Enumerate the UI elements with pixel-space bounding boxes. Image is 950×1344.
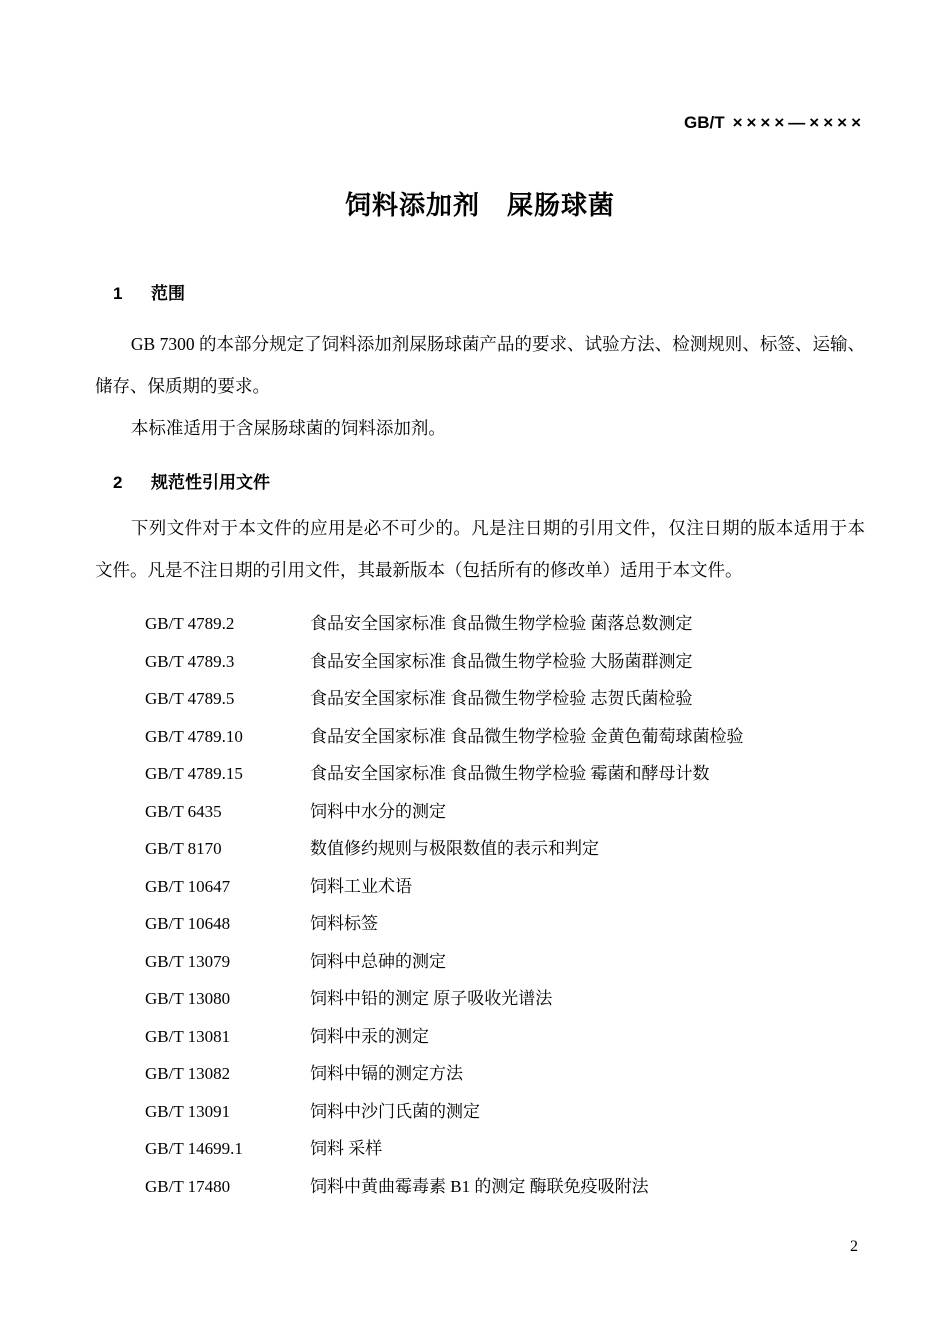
- reference-code: GB/T 8170: [145, 830, 310, 868]
- reference-item: GB/T 4789.15 食品安全国家标准 食品微生物学检验 霉菌和酵母计数: [95, 755, 865, 793]
- reference-title: 食品安全国家标准 食品微生物学检验 志贺氏菌检验: [310, 680, 865, 718]
- reference-code: GB/T 13082: [145, 1055, 310, 1093]
- reference-title: 食品安全国家标准 食品微生物学检验 金黄色葡萄球菌检验: [310, 718, 865, 756]
- reference-title: 饲料标签: [310, 905, 865, 943]
- reference-title: 饲料中铅的测定 原子吸收光谱法: [310, 980, 865, 1018]
- section-2-number: 2: [113, 471, 151, 495]
- reference-code: GB/T 13081: [145, 1018, 310, 1056]
- reference-code: GB/T 10648: [145, 905, 310, 943]
- reference-code: GB/T 4789.10: [145, 718, 310, 756]
- reference-code: GB/T 14699.1: [145, 1130, 310, 1168]
- reference-item: GB/T 14699.1 饲料 采样: [95, 1130, 865, 1168]
- references-intro-block: 下列文件对于本文件的应用是必不可少的。凡是注日期的引用文件，仅注日期的版本适用于…: [95, 507, 865, 591]
- reference-code: GB/T 4789.15: [145, 755, 310, 793]
- reference-item: GB/T 13082 饲料中镉的测定方法: [95, 1055, 865, 1093]
- reference-title: 饲料中总砷的测定: [310, 943, 865, 981]
- scope-section-body: GB 7300 的本部分规定了饲料添加剂屎肠球菌产品的要求、试验方法、检测规则、…: [95, 323, 865, 449]
- reference-code: GB/T 13079: [145, 943, 310, 981]
- reference-title: 饲料中沙门氏菌的测定: [310, 1093, 865, 1131]
- scope-paragraph-1: GB 7300 的本部分规定了饲料添加剂屎肠球菌产品的要求、试验方法、检测规则、…: [95, 323, 865, 407]
- reference-code: GB/T 17480: [145, 1168, 310, 1206]
- reference-item: GB/T 4789.5 食品安全国家标准 食品微生物学检验 志贺氏菌检验: [95, 680, 865, 718]
- reference-title: 饲料工业术语: [310, 868, 865, 906]
- reference-code: GB/T 10647: [145, 868, 310, 906]
- reference-item: GB/T 6435 饲料中水分的测定: [95, 793, 865, 831]
- reference-title: 数值修约规则与极限数值的表示和判定: [310, 830, 865, 868]
- section-2-heading-label: 规范性引用文件: [151, 471, 270, 495]
- section-1-number: 1: [113, 282, 151, 306]
- reference-title: 饲料中镉的测定方法: [310, 1055, 865, 1093]
- reference-title: 食品安全国家标准 食品微生物学检验 大肠菌群测定: [310, 643, 865, 681]
- reference-item: GB/T 10648 饲料标签: [95, 905, 865, 943]
- reference-code: GB/T 6435: [145, 793, 310, 831]
- reference-title: 饲料 采样: [310, 1130, 865, 1168]
- reference-item: GB/T 4789.2 食品安全国家标准 食品微生物学检验 菌落总数测定: [95, 605, 865, 643]
- reference-title: 饲料中黄曲霉毒素 B1 的测定 酶联免疫吸附法: [310, 1168, 865, 1206]
- reference-item: GB/T 4789.10 食品安全国家标准 食品微生物学检验 金黄色葡萄球菌检验: [95, 718, 865, 756]
- reference-item: GB/T 8170 数值修约规则与极限数值的表示和判定: [95, 830, 865, 868]
- reference-item: GB/T 4789.3 食品安全国家标准 食品微生物学检验 大肠菌群测定: [95, 643, 865, 681]
- reference-title: 食品安全国家标准 食品微生物学检验 霉菌和酵母计数: [310, 755, 865, 793]
- reference-code: GB/T 4789.5: [145, 680, 310, 718]
- section-1-heading-label: 范围: [151, 282, 185, 306]
- document-page: GB/T××××—×××× 饲料添加剂 屎肠球菌 1 范围 GB 7300 的本…: [0, 0, 950, 1344]
- reference-item: GB/T 17480 饲料中黄曲霉毒素 B1 的测定 酶联免疫吸附法: [95, 1168, 865, 1206]
- reference-code: GB/T 13091: [145, 1093, 310, 1131]
- standard-code-header: GB/T××××—××××: [95, 0, 865, 133]
- reference-item: GB/T 13081 饲料中汞的测定: [95, 1018, 865, 1056]
- reference-item: GB/T 13080 饲料中铅的测定 原子吸收光谱法: [95, 980, 865, 1018]
- section-2-heading: 2 规范性引用文件: [113, 471, 865, 495]
- page-content: GB/T××××—×××× 饲料添加剂 屎肠球菌 1 范围 GB 7300 的本…: [0, 0, 950, 1205]
- reference-item: GB/T 13079 饲料中总砷的测定: [95, 943, 865, 981]
- references-list: GB/T 4789.2 食品安全国家标准 食品微生物学检验 菌落总数测定 GB/…: [95, 605, 865, 1205]
- reference-code: GB/T 4789.2: [145, 605, 310, 643]
- page-number: 2: [850, 1238, 858, 1256]
- references-intro: 下列文件对于本文件的应用是必不可少的。凡是注日期的引用文件，仅注日期的版本适用于…: [95, 507, 865, 591]
- reference-title: 饲料中水分的测定: [310, 793, 865, 831]
- document-title: 饲料添加剂 屎肠球菌: [95, 185, 865, 222]
- standard-code-prefix: GB/T: [684, 113, 725, 132]
- reference-item: GB/T 13091 饲料中沙门氏菌的测定: [95, 1093, 865, 1131]
- scope-paragraph-2: 本标准适用于含屎肠球菌的饲料添加剂。: [95, 407, 865, 449]
- reference-code: GB/T 13080: [145, 980, 310, 1018]
- reference-item: GB/T 10647 饲料工业术语: [95, 868, 865, 906]
- section-1-heading: 1 范围: [113, 282, 865, 306]
- reference-title: 食品安全国家标准 食品微生物学检验 菌落总数测定: [310, 605, 865, 643]
- reference-title: 饲料中汞的测定: [310, 1018, 865, 1056]
- reference-code: GB/T 4789.3: [145, 643, 310, 681]
- standard-code-number: ××××—××××: [733, 113, 865, 132]
